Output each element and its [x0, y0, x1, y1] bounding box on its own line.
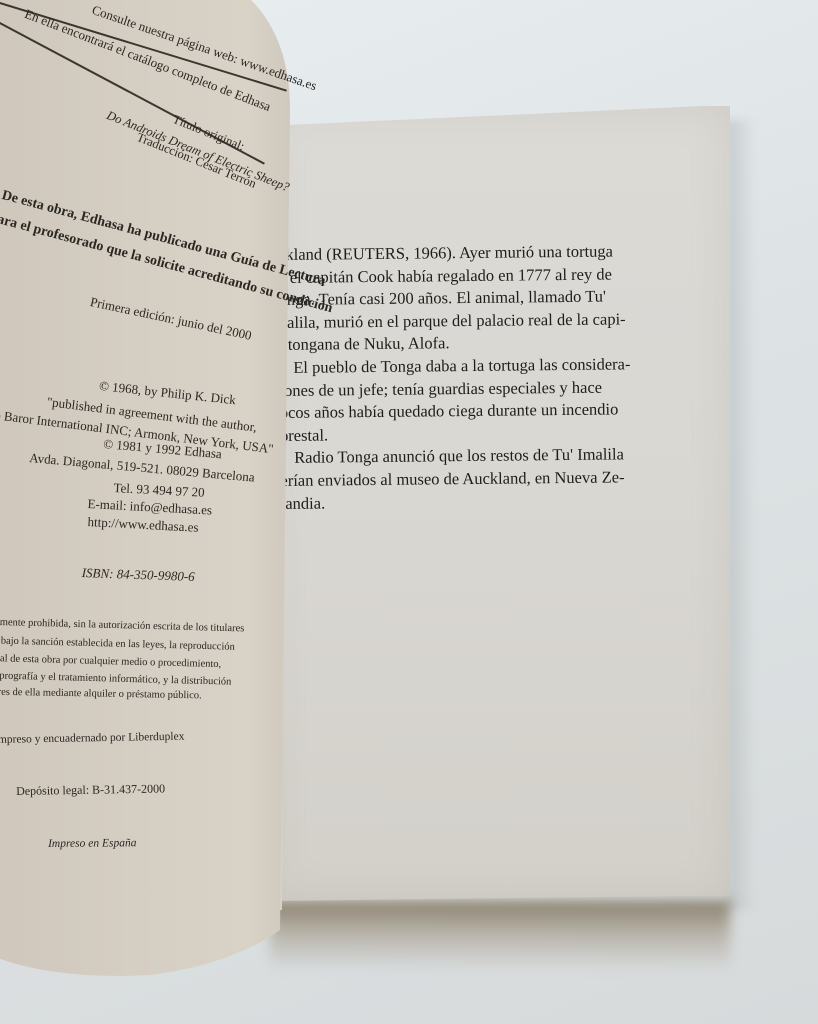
text-line: erían enviados al museo de Auckland, en …: [280, 466, 672, 493]
right-page-text: ckland (REUTERS, 1966). Ayer murió una t…: [278, 240, 673, 515]
book-photo: ckland (REUTERS, 1966). Ayer murió una t…: [0, 0, 818, 1024]
deposito-legal: Depósito legal: B-31.437-2000: [16, 781, 165, 799]
page-side-shadow: [726, 120, 756, 910]
text-line: El pueblo de Tonga daba a la tortuga las…: [279, 353, 671, 380]
line-1: ckland (REUTERS, 1966). Ayer murió una t…: [278, 241, 613, 264]
text-line: e el capitán Cook había regalado en 1777…: [278, 262, 670, 289]
text-line: landia.: [281, 488, 673, 515]
text-line: nalila, murió en el parque del palacio r…: [279, 308, 671, 335]
page-bottom-shadow: [270, 900, 730, 970]
text-line: ocos años había quedado ciega durante un…: [280, 398, 672, 425]
printed-in-spain: Impreso en España: [48, 837, 136, 850]
